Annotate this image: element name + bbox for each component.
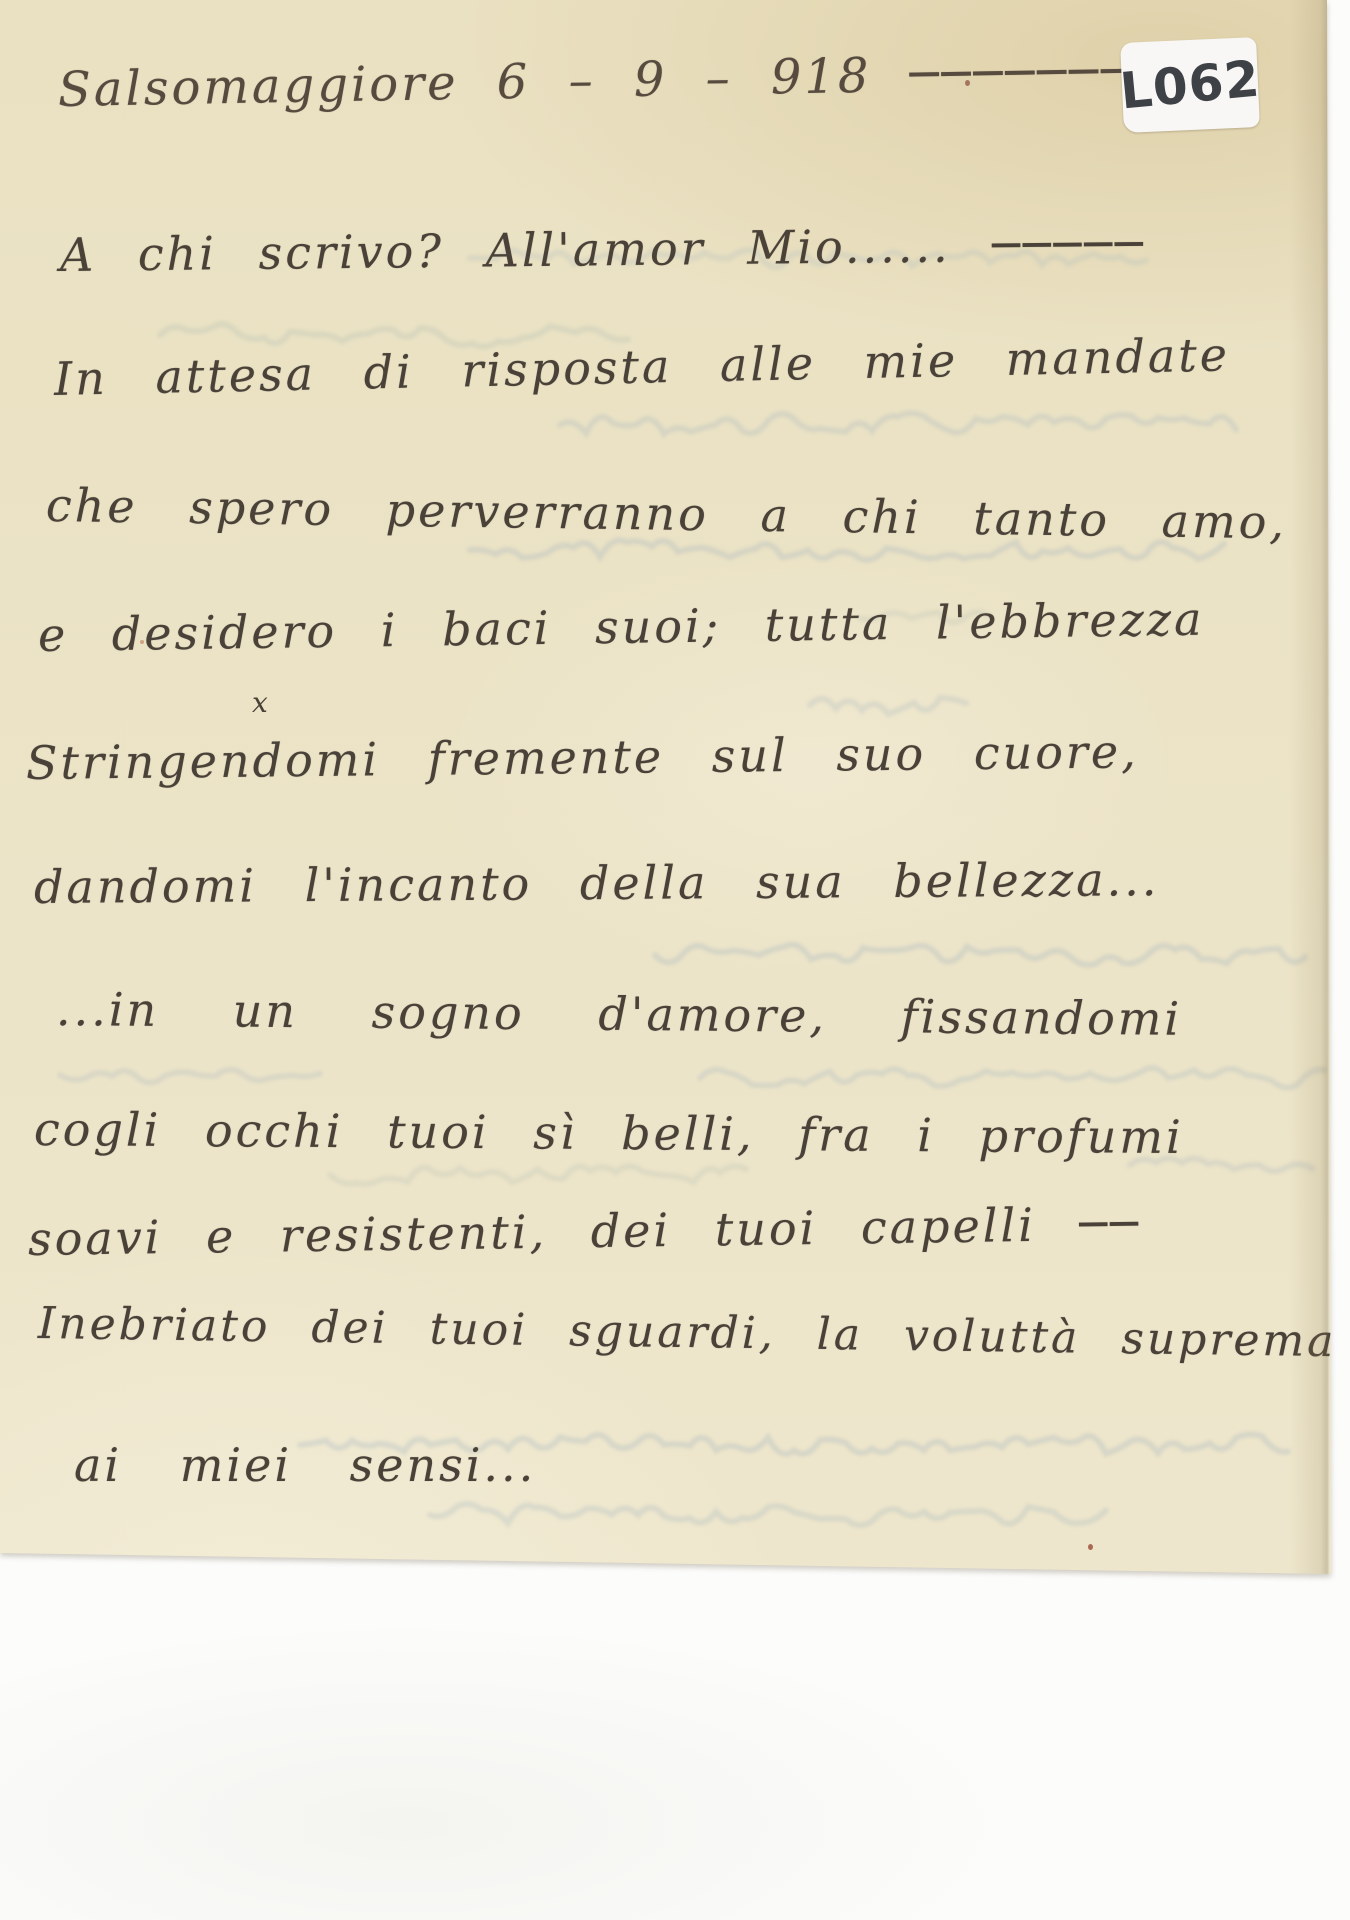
letter-line: A chi scrivo? All'amor Mio...... ─────	[60, 217, 1146, 282]
bleed-through-line	[810, 698, 966, 714]
paper-speck	[140, 640, 144, 644]
bleed-through-line	[430, 1504, 1106, 1525]
bleed-through-artifacts	[0, 0, 1350, 1920]
bleed-through-line	[700, 1068, 1324, 1088]
letter-sheet-shadow: Salsomaggiore 6 – 9 – 918 ─────── A chi …	[0, 0, 1350, 1920]
letter-line: dandomi l'incanto della sua bellezza...	[34, 852, 1160, 914]
bleed-through-line	[560, 413, 1236, 434]
bleed-through-line	[330, 1166, 746, 1184]
archive-label-sticker: L062	[1120, 37, 1260, 133]
paper-speck	[1088, 1544, 1093, 1550]
bleed-through-line	[655, 945, 1305, 965]
insertion-x-mark: x	[252, 686, 268, 719]
archive-label-text: L062	[1117, 49, 1262, 120]
scanned-letter: Salsomaggiore 6 – 9 – 918 ─────── A chi …	[0, 0, 1350, 1920]
paper-speck	[965, 80, 970, 86]
letter-sheet: Salsomaggiore 6 – 9 – 918 ─────── A chi …	[0, 0, 1350, 1920]
bleed-through-line	[60, 1070, 320, 1083]
letter-line: ...in un sogno d'amore, fissandomi	[56, 982, 1183, 1046]
letter-line: cogli occhi tuoi sì belli, fra i profumi	[34, 1102, 1184, 1164]
letter-line: ai miei sensi...	[74, 1438, 536, 1492]
